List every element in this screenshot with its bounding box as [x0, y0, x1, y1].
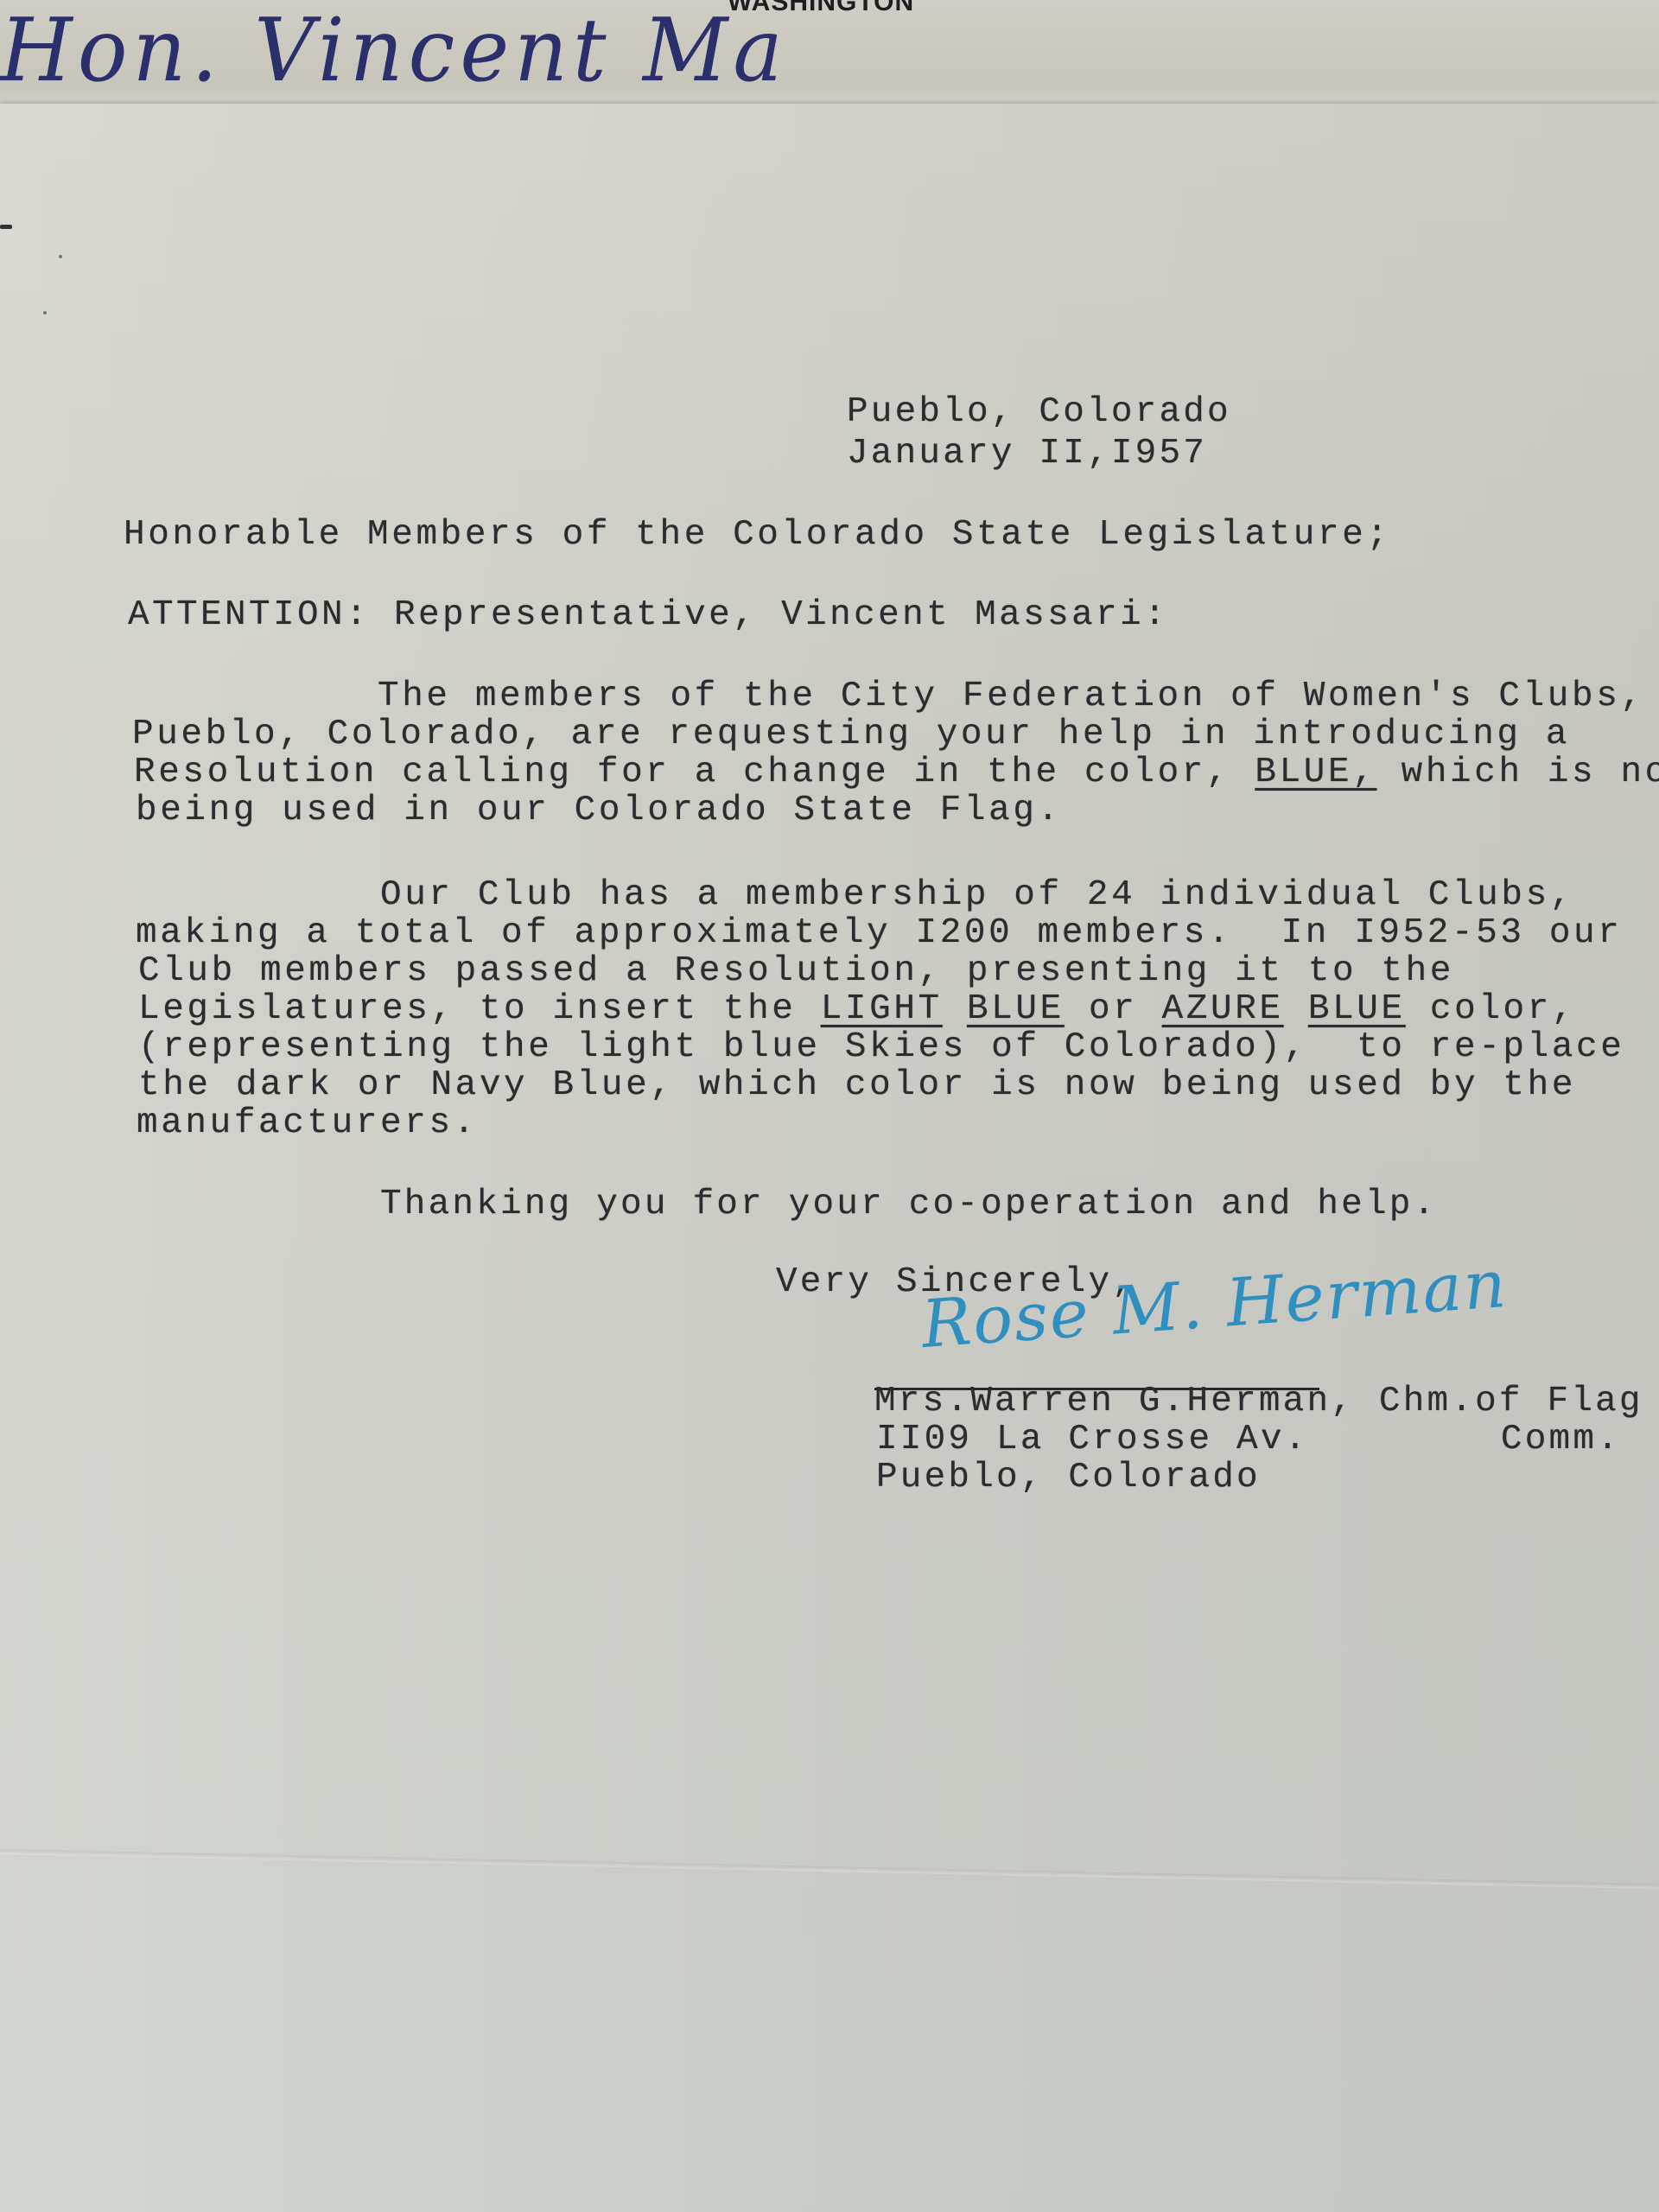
underlined-blue-1: BLUE — [967, 989, 1065, 1029]
closing-line: Thanking you for your co-operation and h… — [380, 1185, 1437, 1224]
paragraph-2-line-2: making a total of approximately I200 mem… — [136, 914, 1622, 952]
paragraph-2-line-4: Legislatures, to insert the LIGHT BLUE o… — [138, 990, 1576, 1028]
paragraph-1-line-4: being used in our Colorado State Flag. — [136, 791, 1062, 829]
salutation: Honorable Members of the Colorado State … — [124, 516, 1391, 554]
paragraph-1-line-3-tail: which is now — [1376, 753, 1659, 792]
paper-fold-crease — [0, 1849, 1659, 1889]
handwritten-address-note: Hon. Vincent Ma — [0, 7, 788, 94]
space — [943, 989, 967, 1029]
underlined-blue-2: BLUE — [1308, 989, 1406, 1029]
underlying-letterhead-sheet: WASHINGTON Hon. Vincent Ma — [0, 0, 1659, 108]
paragraph-1-line-3-text: Resolution calling for a change in the c… — [134, 753, 1255, 792]
attention-line: ATTENTION: Representative, Vincent Massa… — [128, 596, 1168, 634]
underlined-light: LIGHT — [821, 989, 943, 1029]
paragraph-1-line-1: The members of the City Federation of Wo… — [378, 677, 1645, 715]
paragraph-2-line-7: manufacturers. — [137, 1104, 478, 1142]
space — [1284, 989, 1308, 1029]
underlined-blue: BLUE, — [1255, 753, 1376, 792]
paragraph-1-line-2: Pueblo, Colorado, are requesting your he… — [132, 715, 1570, 753]
place-line: Pueblo, Colorado — [847, 393, 1231, 431]
paper-speck — [59, 255, 62, 258]
paragraph-2-line-6: the dark or Navy Blue, which color is no… — [138, 1066, 1576, 1104]
paragraph-2-line-1: Our Club has a membership of 24 individu… — [380, 876, 1574, 914]
paper-mark — [0, 225, 12, 229]
signature-city-line: Pueblo, Colorado — [876, 1459, 1261, 1497]
paragraph-2-line-5: (representing the light blue Skies of Co… — [138, 1028, 1624, 1066]
date-line: January II,I957 — [847, 435, 1207, 473]
paragraph-2-line-3: Club members passed a Resolution, presen… — [138, 952, 1454, 990]
word-or: or — [1065, 989, 1162, 1029]
paragraph-1-line-3: Resolution calling for a change in the c… — [134, 753, 1659, 791]
word-color: color, — [1406, 989, 1576, 1029]
signature-address-line: II09 La Crosse Av. Comm. — [876, 1421, 1621, 1459]
paper-speck — [43, 311, 47, 315]
letter-sheet — [0, 104, 1659, 2212]
signature-name-line: Mrs.Warren G.Herman, Chm.of Flag — [874, 1382, 1643, 1421]
underlined-azure: AZURE — [1162, 989, 1284, 1029]
paragraph-2-line-4-text: Legislatures, to insert the — [138, 989, 821, 1029]
